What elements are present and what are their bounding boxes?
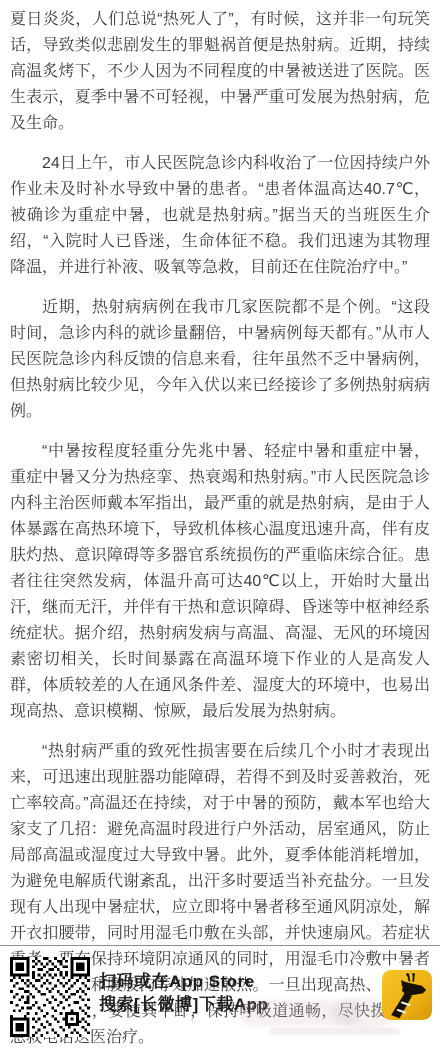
app-download-text: 扫码或在App Store 搜索[长微博]下载App: [99, 970, 268, 1016]
app-download-footer: 扫码或在App Store 搜索[长微博]下载App: [0, 946, 440, 1054]
article-paragraph: “中暑按程度轻重分先兆中暑、轻症中暑和重症中暑，重症中暑又分为热痉挛、热衰竭和热…: [10, 439, 430, 725]
article-paragraph: 夏日炎炎，人们总说“热死人了”，有时候，这并非一句玩笑话，导致类似悲剧发生的罪魁…: [10, 7, 430, 137]
article-page: { "article": { "paragraphs": [ "夏日炎炎，人们总…: [0, 0, 440, 1055]
article-paragraph: 近期，热射病病例在我市几家医院都不是个例。“这段时间，急诊内科的就诊量翻倍，中暑…: [10, 295, 430, 425]
app-download-line2: 搜索[长微博]下载App: [99, 993, 268, 1016]
article-paragraph: 24日上午，市人民医院急诊内科收治了一位因持续户外作业未及时补水导致中暑的患者。…: [10, 151, 430, 281]
qr-code-icon: [10, 957, 90, 1037]
article-body: 夏日炎炎，人们总说“热死人了”，有时候，这并非一句玩笑话，导致类似悲剧发生的罪魁…: [0, 0, 440, 946]
giraffe-app-icon: [382, 970, 432, 1020]
app-download-line1: 扫码或在App Store: [99, 970, 268, 993]
